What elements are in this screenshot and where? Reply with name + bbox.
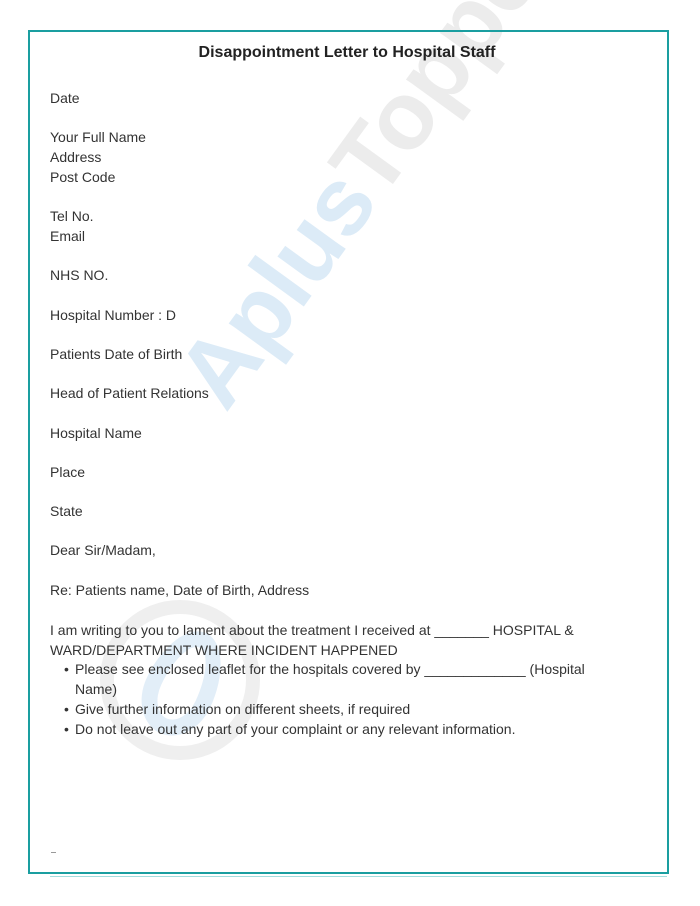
list-item: • Do not leave out any part of your comp…: [50, 719, 610, 739]
place-line: Place: [50, 462, 85, 482]
body-paragraph: I am writing to you to lament about the …: [50, 620, 610, 660]
head-patient-relations-line: Head of Patient Relations: [50, 383, 209, 403]
tel-line: Tel No.: [50, 206, 94, 226]
hospital-number-line: Hospital Number : D: [50, 305, 176, 325]
list-item: • Give further information on different …: [50, 699, 610, 719]
page-frame: [28, 30, 669, 874]
bullet-icon: •: [64, 659, 69, 679]
subject-line: Re: Patients name, Date of Birth, Addres…: [50, 580, 309, 600]
bullet-icon: •: [64, 699, 69, 719]
list-item: • Please see enclosed leaflet for the ho…: [50, 659, 610, 699]
bullet-icon: •: [64, 719, 69, 739]
date-line: Date: [50, 88, 80, 108]
bullet-list: • Please see enclosed leaflet for the ho…: [50, 659, 610, 739]
page-title: Disappointment Letter to Hospital Staff: [50, 43, 644, 63]
nhs-no-line: NHS NO.: [50, 265, 108, 285]
salutation: Dear Sir/Madam,: [50, 540, 156, 560]
full-name-line: Your Full Name: [50, 127, 146, 147]
post-code-line: Post Code: [50, 167, 115, 187]
empty-paragraph-marker: [51, 852, 56, 853]
state-line: State: [50, 501, 83, 521]
patient-dob-line: Patients Date of Birth: [50, 344, 182, 364]
email-line: Email: [50, 226, 85, 246]
list-item-text: Do not leave out any part of your compla…: [75, 721, 515, 737]
list-item-text: Please see enclosed leaflet for the hosp…: [75, 661, 585, 697]
address-line: Address: [50, 147, 101, 167]
hospital-name-line: Hospital Name: [50, 423, 142, 443]
list-item-text: Give further information on different sh…: [75, 701, 410, 717]
